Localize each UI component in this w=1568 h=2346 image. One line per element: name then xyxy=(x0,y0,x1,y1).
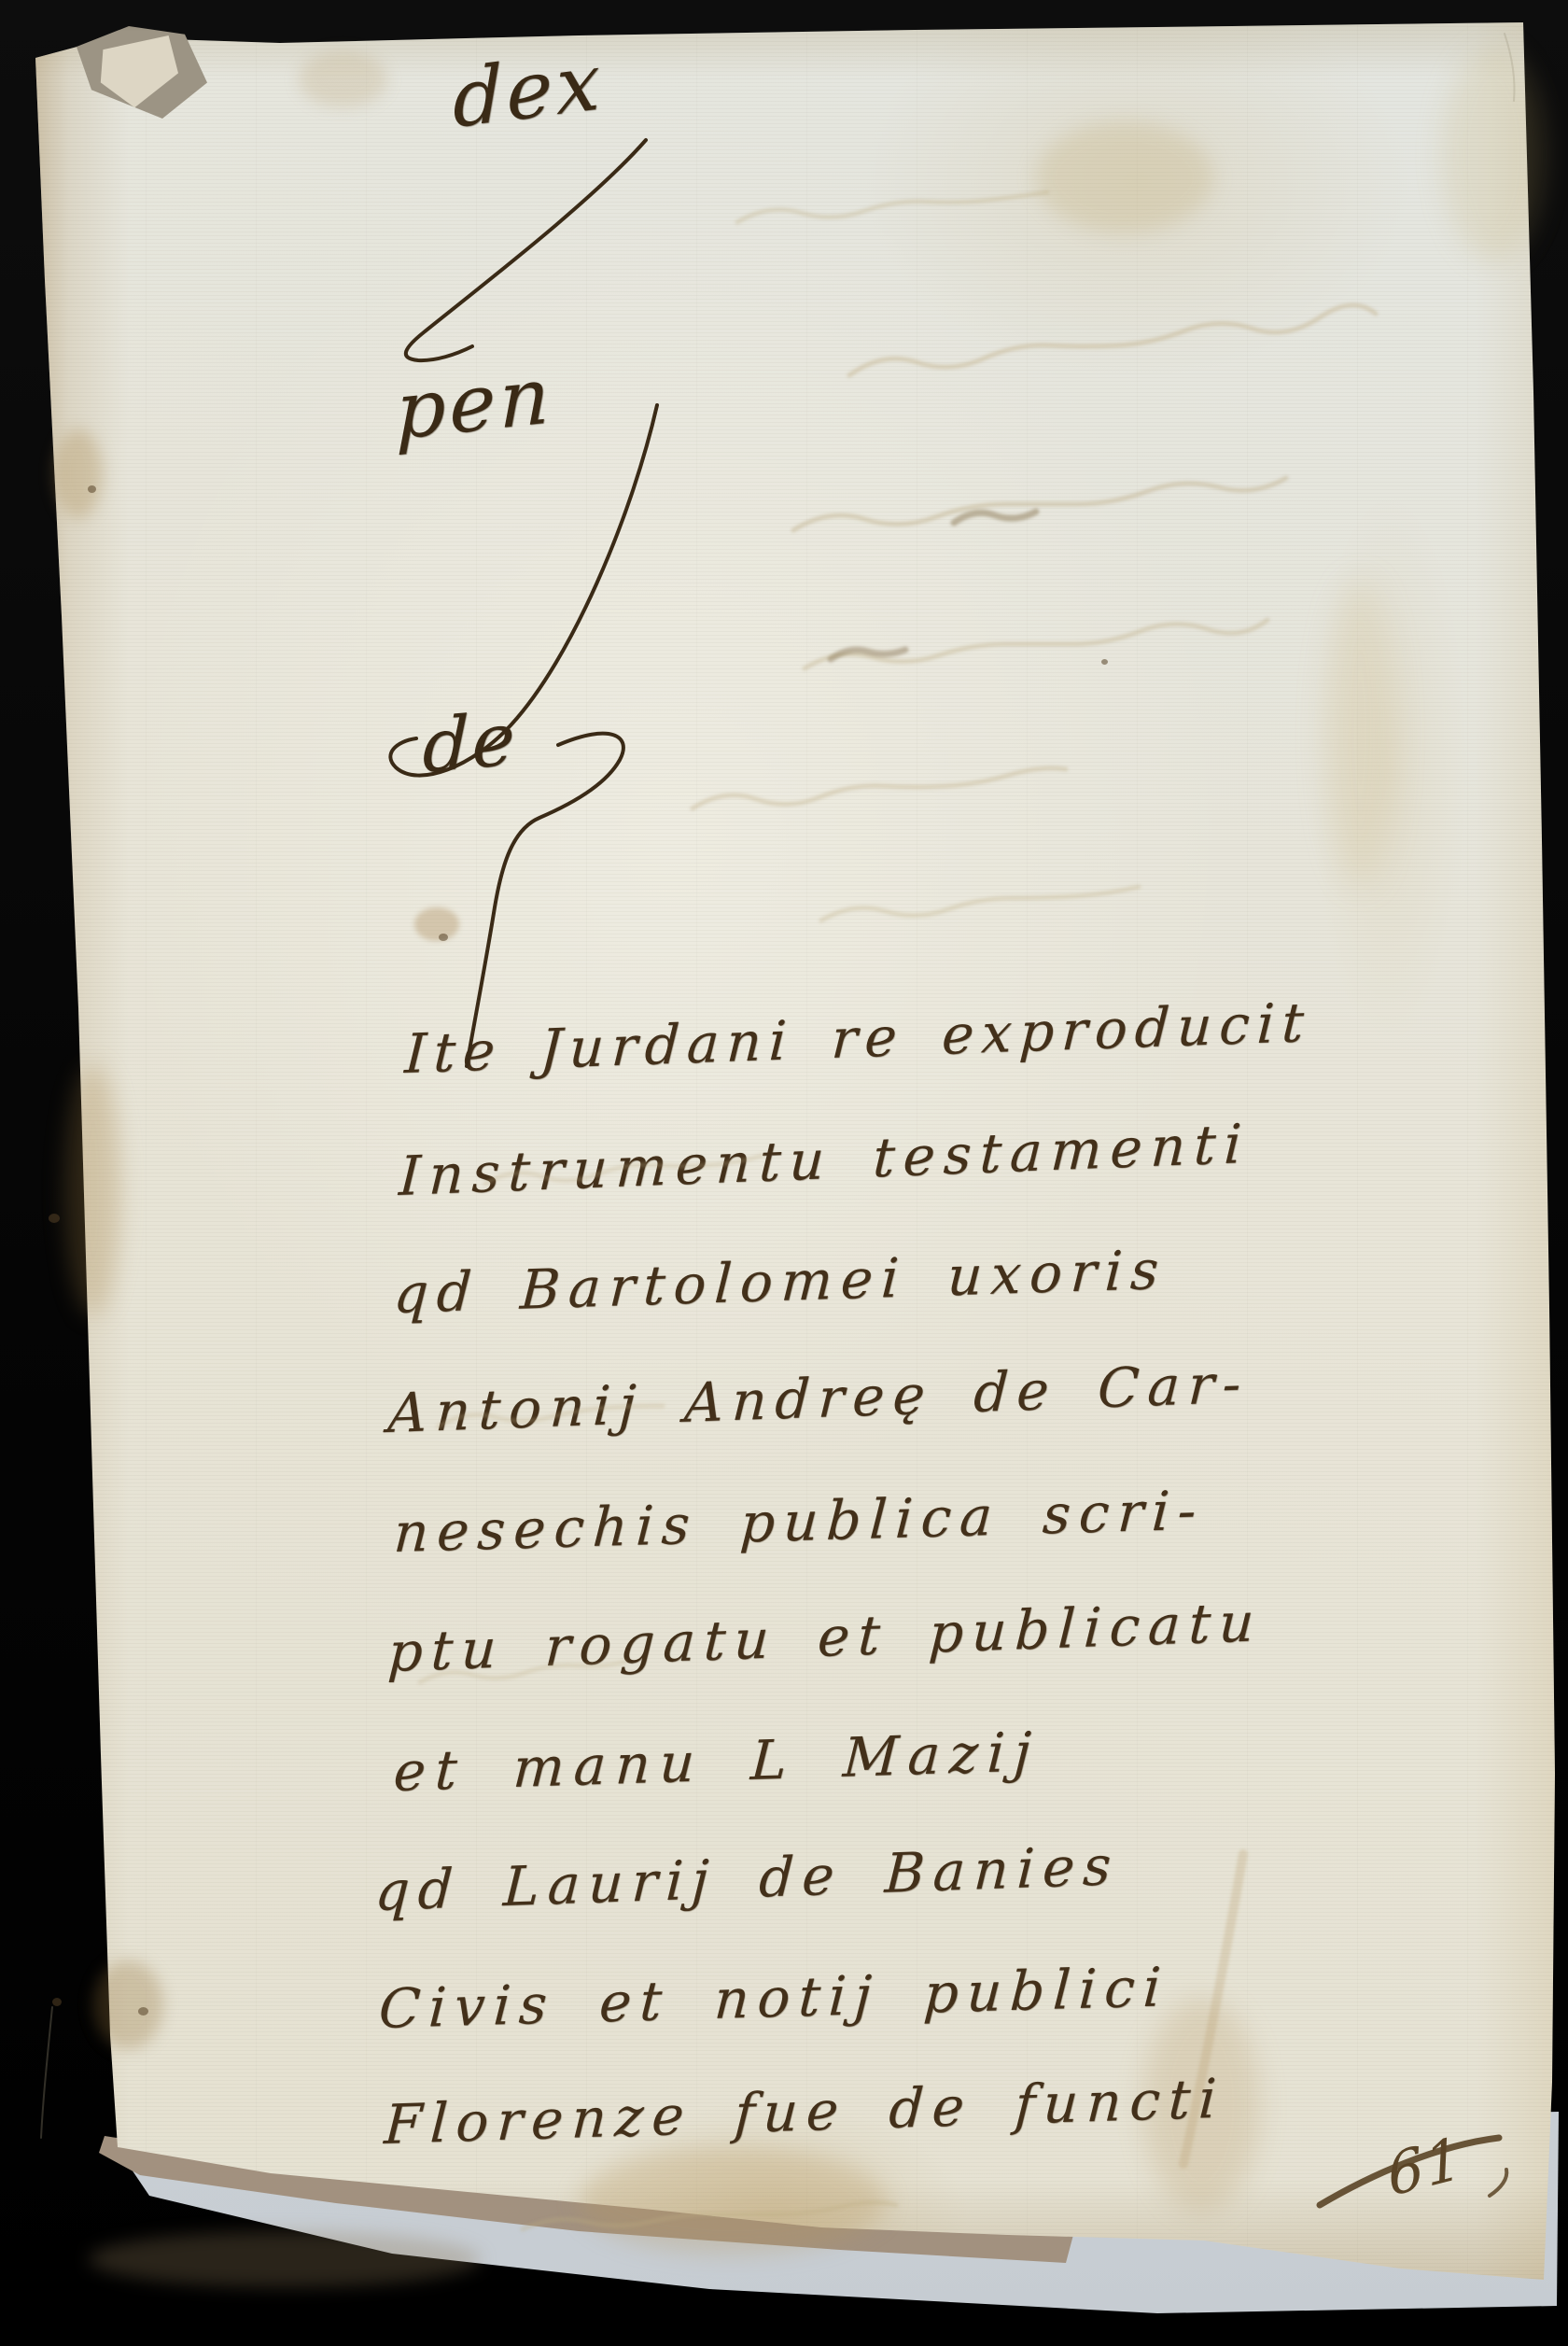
paper-speck xyxy=(52,1998,62,2006)
stain xyxy=(54,429,103,518)
stain xyxy=(65,1064,121,1316)
stain xyxy=(1442,47,1545,261)
crease-line xyxy=(41,2007,52,2138)
stain xyxy=(89,2231,481,2287)
stain xyxy=(299,51,387,107)
stain xyxy=(93,1960,163,2049)
paper-speck xyxy=(439,934,448,941)
stain xyxy=(1036,121,1213,233)
margin-annotation-de: de xyxy=(422,697,518,790)
stain xyxy=(579,2147,887,2255)
paper-speck xyxy=(138,2007,148,2016)
margin-annotation-dex: dex xyxy=(452,35,604,146)
stain xyxy=(414,907,459,941)
paper-speck xyxy=(1101,659,1108,665)
stain xyxy=(1325,579,1395,887)
paper-speck xyxy=(88,485,96,493)
manuscript-scan: dex pen de Ite Jurdani re exproducit Ins… xyxy=(0,0,1568,2346)
paper-speck xyxy=(49,1214,60,1223)
margin-annotation-pen: pen xyxy=(396,349,553,457)
